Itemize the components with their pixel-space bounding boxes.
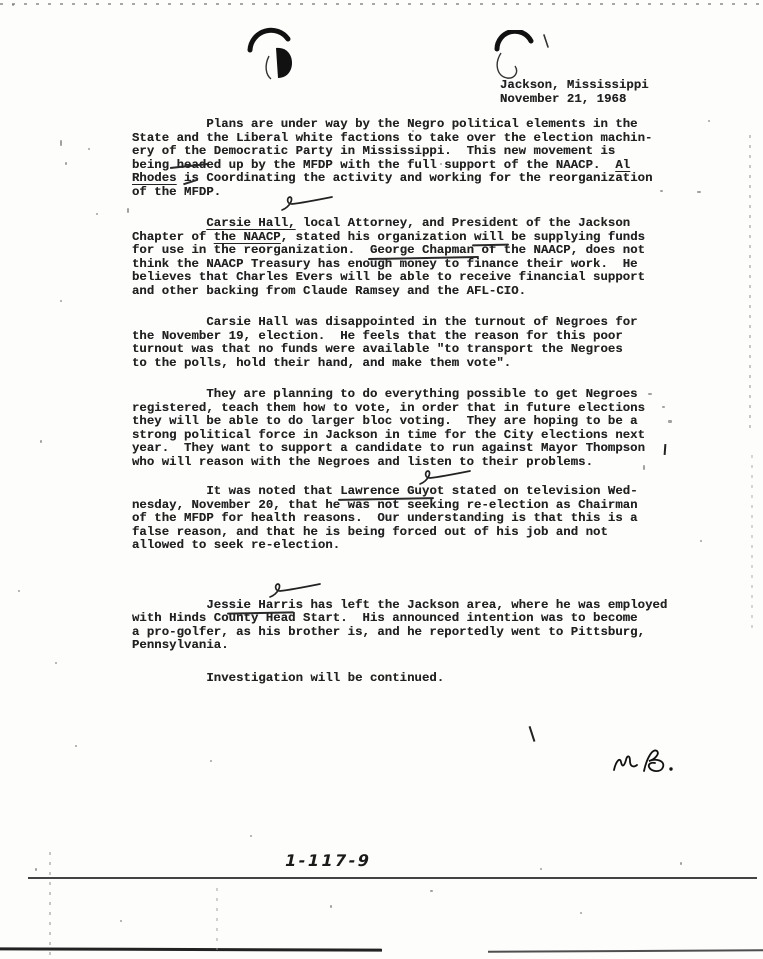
speck [668,420,672,423]
text-line: It was noted that Lawrence Guyot stated … [132,485,692,499]
separator-line [28,877,757,879]
speck [35,868,37,871]
text-line: think the NAACP Treasury has enough mone… [132,258,692,272]
speck [660,190,663,192]
speck [65,162,67,165]
text-segment: local Attorney, and President of the Jac… [296,216,631,230]
reviewer-check-mark [417,468,473,488]
text-line: allowed to seek re-election. [132,539,692,553]
text-segment [132,216,206,230]
text-segment: a pro-golfer, as his brother is, and he … [132,625,645,639]
signature-mark [608,744,686,782]
speck [12,4,14,6]
speck [55,662,57,664]
speck [127,208,129,213]
fastener-mark-left [242,26,314,84]
scan-noise-bottom [216,888,218,950]
memo-body: Plans are under way by the Negro politic… [132,118,692,671]
speck [60,140,62,146]
bottom-edge-line [488,949,763,952]
text-segment: of the MFDP. [132,185,221,199]
scan-noise-right-edge [749,135,751,435]
underlined-name: Carsie Hall, [206,216,295,230]
text-segment: believes that Charles Evers will be able… [132,270,645,284]
speck [96,213,98,215]
scan-noise-top-edge [0,3,763,5]
speck [18,590,20,592]
scan-noise-right-edge [751,455,753,635]
dateline: Jackson, Mississippi November 21, 1968 [500,79,649,106]
speck [648,393,652,395]
text-segment: and other backing from Claude Ramsey and… [132,284,526,298]
text-segment: registered, teach them how to vote, in o… [132,401,645,415]
speck [88,148,90,150]
text-line: Chapter of the NAACP, stated his organiz… [132,231,692,245]
text-segment: false reason, and that he is being force… [132,525,608,539]
file-number: 1-117-9 [283,851,373,870]
underlined-name: Al [615,158,630,172]
text-segment: they will be able to do larger bloc voti… [132,414,638,428]
text-segment: for use in the reorganization. [132,243,370,257]
text-segment: is Coordinating the activity and working… [177,171,653,185]
speck [330,905,332,908]
speck [120,920,122,922]
speck [210,760,212,762]
text-segment: year. They want to support a candidate t… [132,441,645,455]
text-line: turnout was that no funds were available… [132,343,692,357]
text-line: with Hinds County Head Start. His announ… [132,612,692,626]
text-line: Rhodes is Coordinating the activity and … [132,172,692,186]
underlined-name: George Chapman [370,243,474,257]
text-line: nesday, November 20, that he was not see… [132,499,692,513]
text-line: Carsie Hall, local Attorney, and Preside… [132,217,692,231]
speck [680,862,682,865]
text-line: a pro-golfer, as his brother is, and he … [132,626,692,640]
text-segment: be supplying funds [504,230,645,244]
text-line: Pennsylvania. [132,639,692,653]
scanned-memo-page: Jackson, Mississippi November 21, 1968 P… [0,0,763,959]
signature-initials: W.B. [0,0,1,1]
text-line: Jessie Harris has left the Jackson area,… [132,599,692,613]
text-segment: State and the Liberal white factions to … [132,131,653,145]
text-segment: strong political force in Jackson in tim… [132,428,645,442]
closing-line: Investigation will be continued. [132,672,444,686]
text-segment: It was noted that [132,484,340,498]
paragraph: Jessie Harris has left the Jackson area,… [132,599,692,653]
text-segment: to the polls, hold their hand, and make … [132,356,511,370]
speck [430,890,433,892]
text-line: believes that Charles Evers will be able… [132,271,692,285]
text-line: State and the Liberal white factions to … [132,132,692,146]
scan-noise-bottom-left [49,852,51,956]
text-line: false reason, and that he is being force… [132,526,692,540]
text-line: for use in the reorganization. George Ch… [132,244,692,258]
text-segment: Jes [132,598,229,612]
text-line: to the polls, hold their hand, and make … [132,357,692,371]
text-segment: with Hinds County Head Start. His announ… [132,611,638,625]
paragraph: They are planning to do everything possi… [132,388,692,469]
text-segment: turnout was that no funds were available… [132,342,623,356]
text-line: who will reason with the Negroes and lis… [132,456,692,470]
speck [662,406,665,408]
reviewer-check-mark [279,194,335,214]
text-line: of the MFDP for health reasons. Our unde… [132,512,692,526]
text-segment: , stated his organization [281,230,474,244]
speck [40,440,42,443]
text-line: strong political force in Jackson in tim… [132,429,692,443]
speck [75,745,77,747]
speck [540,868,542,870]
text-line: They are planning to do everything possi… [132,388,692,402]
text-line: of the MFDP. [132,186,692,200]
text-line: Carsie Hall was disappointed in the turn… [132,316,692,330]
speck [643,465,645,470]
text-line: registered, teach them how to vote, in o… [132,402,692,416]
speck [580,912,582,914]
paragraph: Carsie Hall was disappointed in the turn… [132,316,692,370]
reviewer-check-mark [266,581,324,601]
text-segment: allowed to seek re-election. [132,538,340,552]
speck [60,300,62,302]
text-segment: who will reason with the Negroes and lis… [132,455,593,469]
dateline-date: November 21, 1968 [500,93,649,107]
underlined-name: Rhodes [132,171,177,185]
text-segment: Pennsylvania. [132,638,229,652]
speck [708,120,710,122]
speck [700,540,702,542]
text-segment: ery of the Democratic Party in Mississip… [132,144,615,158]
paragraph: It was noted that Lawrence Guyot stated … [132,485,692,553]
text-line: being headed up by the MFDP with the ful… [132,159,692,173]
underlined-name: will [474,230,504,244]
speck [250,835,252,837]
text-line: they will be able to do larger bloc voti… [132,415,692,429]
text-segment: Chapter of [132,230,214,244]
dateline-location: Jackson, Mississippi [500,79,649,93]
pen-tick [529,726,536,742]
text-segment: of the MFDP for health reasons. Our unde… [132,511,638,525]
speck [412,130,414,132]
text-segment: is has left the Jackson area, where he w… [288,598,667,612]
text-line: and other backing from Claude Ramsey and… [132,285,692,299]
text-line: the November 19, election. He feels that… [132,330,692,344]
text-segment: They are planning to do everything possi… [132,387,638,401]
speck [697,191,701,193]
text-line: year. They want to support a candidate t… [132,442,692,456]
paragraph: Carsie Hall, local Attorney, and Preside… [132,217,692,298]
text-segment: Carsie Hall was disappointed in the turn… [132,315,638,329]
speck [440,163,442,165]
underlined-name: the NAACP [214,230,281,244]
bottom-edge-line [0,947,382,951]
text-segment: the November 19, election. He feels that… [132,329,623,343]
text-segment: Plans are under way by the Negro politic… [132,117,638,131]
text-line: ery of the Democratic Party in Mississip… [132,145,692,159]
